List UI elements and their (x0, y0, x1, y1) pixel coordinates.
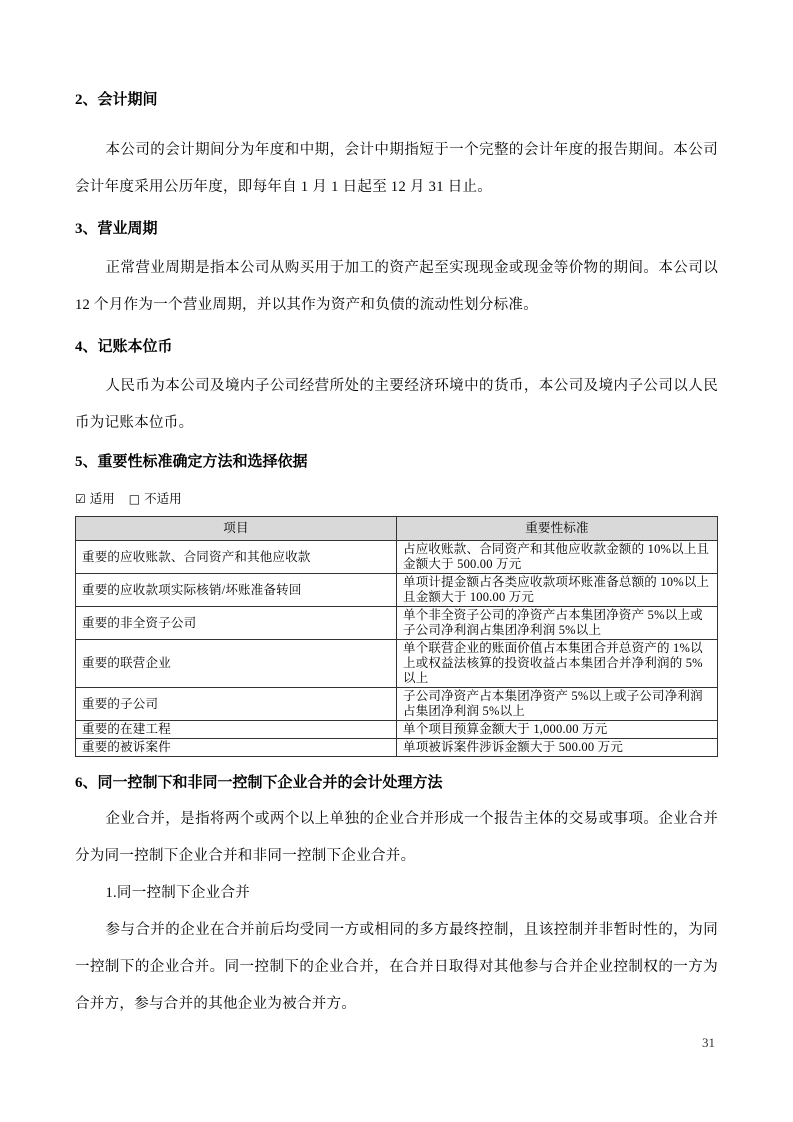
table-row: 重要的子公司 子公司净资产占本集团净资产 5%以上或子公司净利润占集团净利润 5… (76, 688, 718, 721)
item-cell: 重要的联营企业 (76, 640, 397, 688)
table-header-row: 项目 重要性标准 (76, 517, 718, 541)
table-row: 重要的非全资子公司 单个非全资子公司的净资产占本集团净资产 5%以上或子公司净利… (76, 607, 718, 640)
paragraph-operating-cycle: 正常营业周期是指本公司从购买用于加工的资产起至实现现金或现金等价物的期间。本公司… (75, 250, 718, 324)
applicability-line: ☑适用 □不适用 (75, 491, 718, 507)
section-heading-accounting-period: 2、会计期间 (75, 90, 718, 110)
criteria-cell: 占应收账款、合同资产和其他应收款金额的 10%以上且金额大于 500.00 万元 (397, 541, 718, 574)
item-cell: 重要的被诉案件 (76, 739, 397, 757)
table-row: 重要的应收款项实际核销/坏账准备转回 单项计提金额占各类应收款项坏账准备总额的 … (76, 574, 718, 607)
table-header-cell: 项目 (76, 517, 397, 541)
item-cell: 重要的子公司 (76, 688, 397, 721)
paragraph-accounting-period: 本公司的会计期间分为年度和中期，会计中期指短于一个完整的会计年度的报告期间。本公… (75, 132, 718, 206)
subheading-same-control-combination: 1.同一控制下企业合并 (75, 875, 718, 912)
paragraph-business-combinations-2: 参与合并的企业在合并前后均受同一方或相同的多方最终控制，且该控制并非暂时性的，为… (75, 912, 718, 1023)
section-heading-operating-cycle: 3、营业周期 (75, 219, 718, 239)
criteria-cell: 单项被诉案件涉诉金额大于 500.00 万元 (397, 739, 718, 757)
checked-checkbox-icon: ☑ (75, 491, 86, 507)
criteria-cell: 单个联营企业的账面价值占本集团合并总资产的 1%以上或权益法核算的投资收益占本集… (397, 640, 718, 688)
table-row: 重要的被诉案件 单项被诉案件涉诉金额大于 500.00 万元 (76, 739, 718, 757)
criteria-cell: 子公司净资产占本集团净资产 5%以上或子公司净利润占集团净利润 5%以上 (397, 688, 718, 721)
paragraph-business-combinations-1: 企业合并，是指将两个或两个以上单独的企业合并形成一个报告主体的交易或事项。企业合… (75, 801, 718, 875)
page-content: 2、会计期间 本公司的会计期间分为年度和中期，会计中期指短于一个完整的会计年度的… (0, 90, 793, 1023)
item-cell: 重要的应收款项实际核销/坏账准备转回 (76, 574, 397, 607)
item-cell: 重要的应收账款、合同资产和其他应收款 (76, 541, 397, 574)
paragraph-functional-currency: 人民币为本公司及境内子公司经营所处的主要经济环境中的货币，本公司及境内子公司以人… (75, 368, 718, 442)
section-heading-materiality-criteria: 5、重要性标准确定方法和选择依据 (75, 452, 718, 472)
document-page: { "document": { "sections": [ { "heading… (0, 0, 793, 1122)
table-row: 重要的应收账款、合同资产和其他应收款 占应收账款、合同资产和其他应收款金额的 1… (76, 541, 718, 574)
item-cell: 重要的非全资子公司 (76, 607, 397, 640)
item-cell: 重要的在建工程 (76, 721, 397, 739)
page-number: 31 (702, 1035, 715, 1051)
criteria-cell: 单项计提金额占各类应收款项坏账准备总额的 10%以上且金额大于 100.00 万… (397, 574, 718, 607)
table-row: 重要的在建工程 单个项目预算金额大于 1,000.00 万元 (76, 721, 718, 739)
unchecked-checkbox-icon: □ (129, 491, 140, 507)
section-heading-business-combinations: 6、同一控制下和非同一控制下企业合并的会计处理方法 (75, 773, 718, 793)
criteria-cell: 单个非全资子公司的净资产占本集团净资产 5%以上或子公司净利润占集团净利润 5%… (397, 607, 718, 640)
materiality-table: 项目 重要性标准 重要的应收账款、合同资产和其他应收款 占应收账款、合同资产和其… (75, 516, 718, 757)
table-row: 重要的联营企业 单个联营企业的账面价值占本集团合并总资产的 1%以上或权益法核算… (76, 640, 718, 688)
criteria-cell: 单个项目预算金额大于 1,000.00 万元 (397, 721, 718, 739)
table-header-cell: 重要性标准 (397, 517, 718, 541)
section-heading-functional-currency: 4、记账本位币 (75, 337, 718, 357)
applicable-label: 适用 (90, 491, 115, 507)
not-applicable-label: 不适用 (144, 491, 182, 507)
